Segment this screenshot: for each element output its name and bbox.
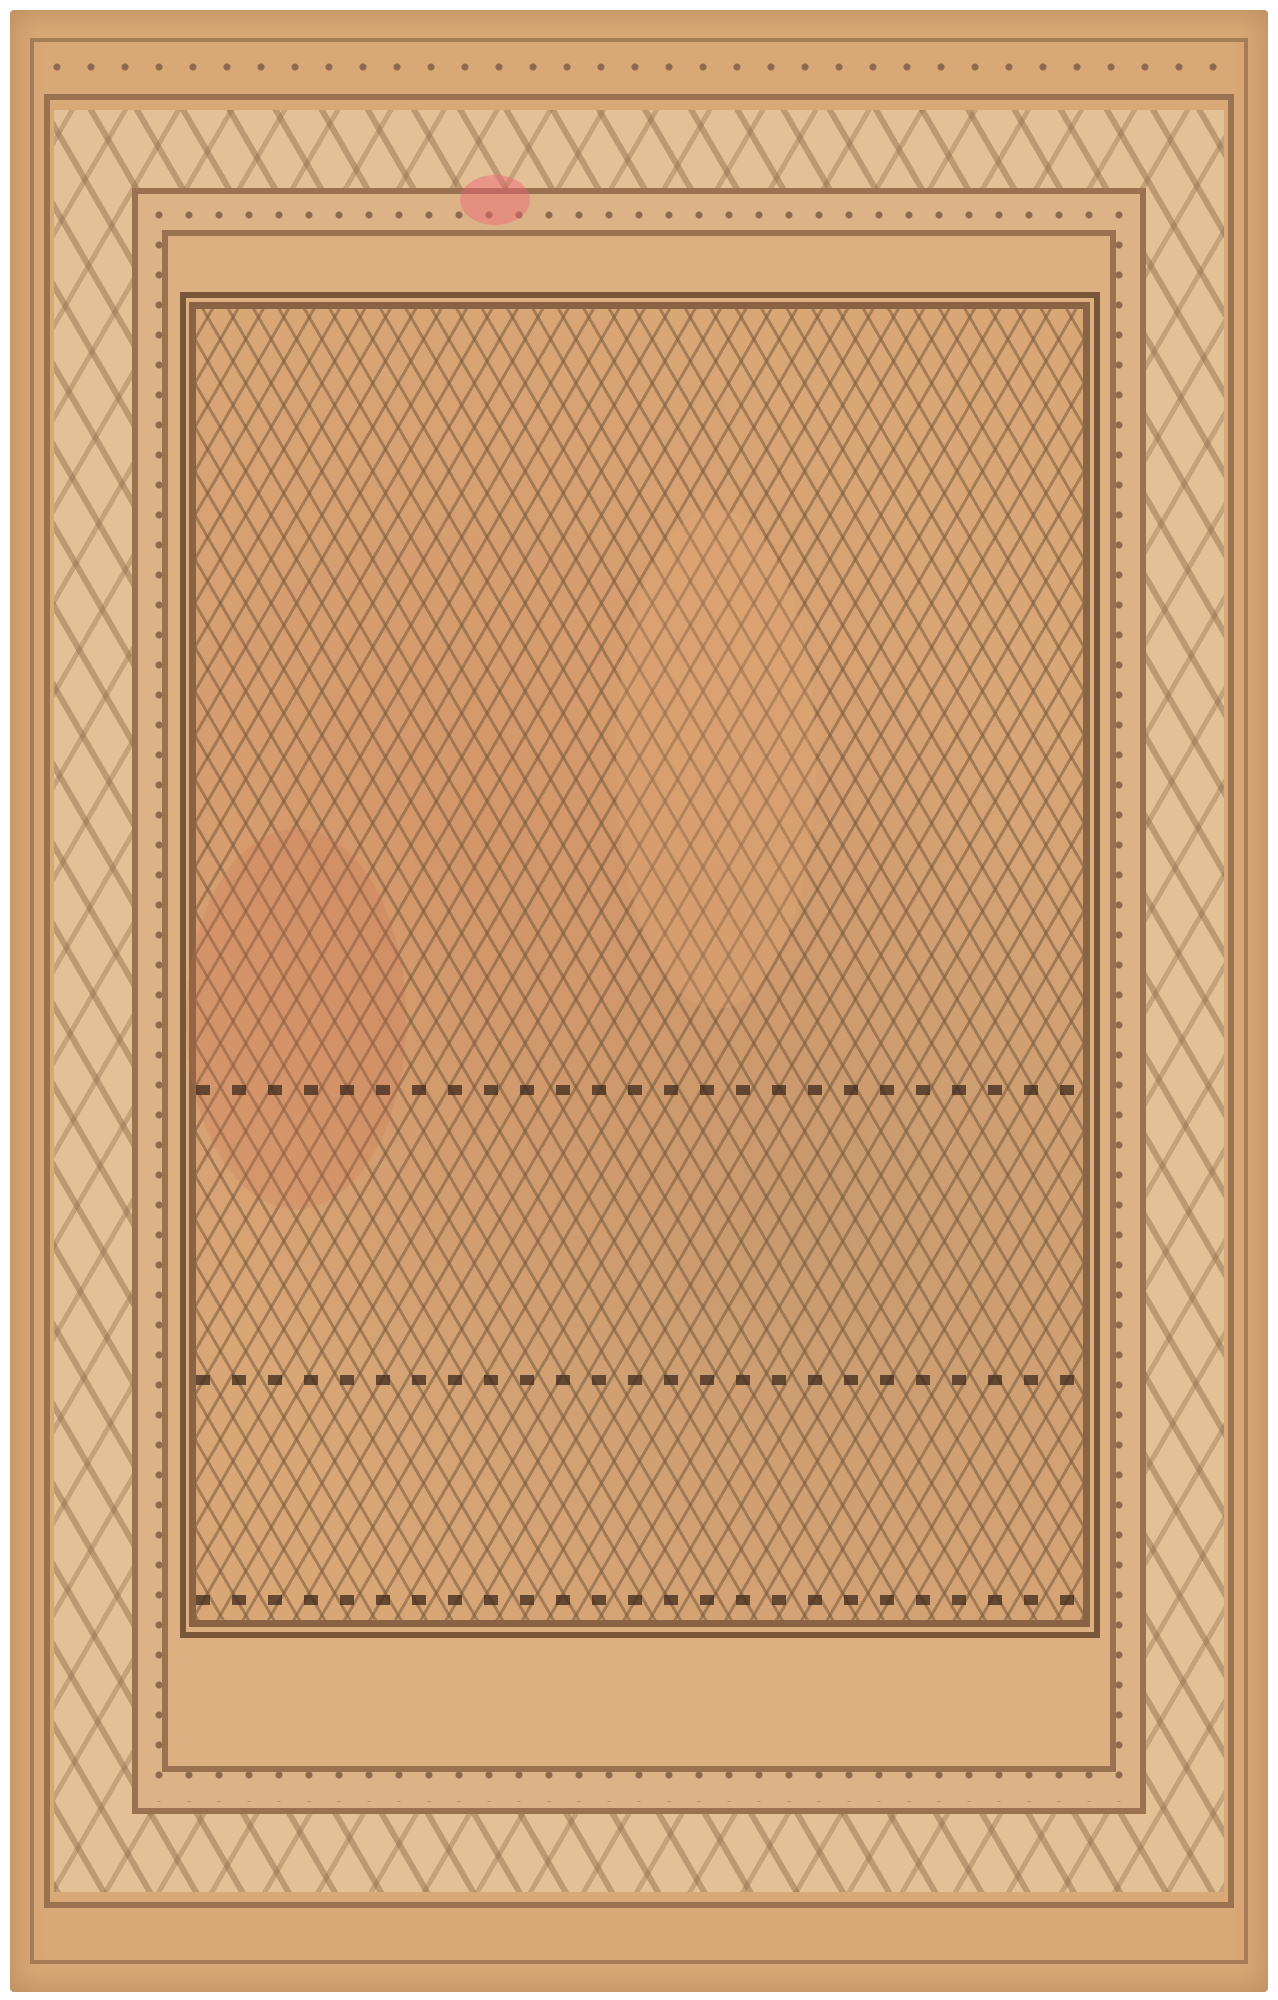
faded-stain [616, 509, 816, 1009]
dark-motif-row [196, 1595, 1083, 1605]
dark-motif-row [196, 1085, 1083, 1095]
dark-motif-row [196, 1375, 1083, 1385]
rug-field [189, 302, 1090, 1627]
pink-stain [460, 175, 530, 225]
outer-dot-border [40, 50, 1238, 90]
faded-stain [186, 829, 406, 1209]
